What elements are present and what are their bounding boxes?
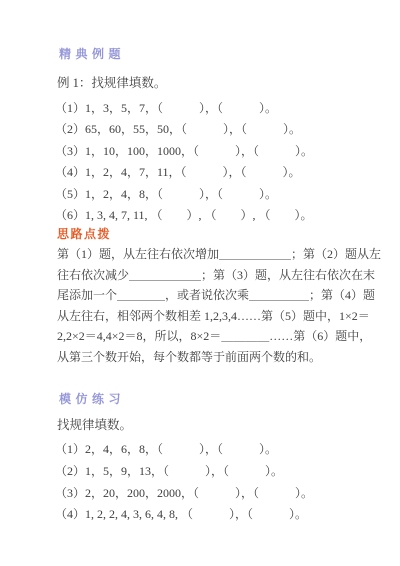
section-heading-practice: 模仿练习 [59,393,364,405]
practice-intro: 找规律填数。 [57,417,364,433]
practice-list: （1）2，4，6，8，（ ），（ ）。 （2）1，5，9，13，（ ），（ ）。… [55,439,364,525]
example-item-2: （2）65，60，55，50，（ ），（ ）。 [55,119,364,140]
hints-line-6: 从第三个数开始，每个数都等于前面两个数的和。 [57,347,363,368]
example-item-4: （4）1，2，4，7，11，（ ），（ ）。 [55,162,364,183]
worksheet-page: 精典例题 例 1：找规律填数。 （1）1，3，5，7，（ ），（ ）。 （2）6… [0,0,400,566]
practice-item-1: （1）2，4，6，8，（ ），（ ）。 [55,439,364,461]
hints-line-5: 2,2×2＝4,4×2＝8，所以，8×2＝＿＿＿＿……第（6）题中， [57,326,363,347]
hints-line-4: 从左往右，相邻两个数相差 1,2,3,4……第（5）题中，1×2＝ [57,306,363,327]
hints-line-3: 尾添加一个＿＿＿＿，或者说依次乘＿＿＿＿＿；第（4）题 [57,285,363,306]
example-item-6: （6）1, 3, 4, 7, 11, （ ）, （ ）, （ ）。 [55,205,364,226]
section-heading-hints: 思路点拨 [57,228,364,240]
example-intro: 例 1：找规律填数。 [57,75,364,91]
practice-item-4: （4）1, 2, 2, 4, 3, 6, 4, 8, （ ），（ ）。 [55,504,364,526]
practice-item-2: （2）1，5，9，13，（ ），（ ）。 [55,461,364,483]
example-item-5: （5）1，2，4，8，（ ），（ ）。 [55,184,364,205]
section-heading-examples: 精典例题 [59,48,364,60]
example-item-3: （3）1，10，100，1000，（ ），（ ）。 [55,141,364,162]
example-list: （1）1，3，5，7，（ ），（ ）。 （2）65，60，55，50，（ ），（… [55,98,364,226]
hints-line-2: 往右依次减少＿＿＿＿＿＿；第（3）题，从左往右依次在末 [57,265,363,286]
hints-paragraph: 第（1）题，从左往右依次增加＿＿＿＿＿＿；第（2）题从左 往右依次减少＿＿＿＿＿… [57,244,363,367]
hints-line-1: 第（1）题，从左往右依次增加＿＿＿＿＿＿；第（2）题从左 [57,244,363,265]
example-item-1: （1）1，3，5，7，（ ），（ ）。 [55,98,364,119]
worksheet-content: 精典例题 例 1：找规律填数。 （1）1，3，5，7，（ ），（ ）。 （2）6… [0,0,400,526]
practice-item-3: （3）2，20，200，2000，（ ），（ ）。 [55,483,364,505]
